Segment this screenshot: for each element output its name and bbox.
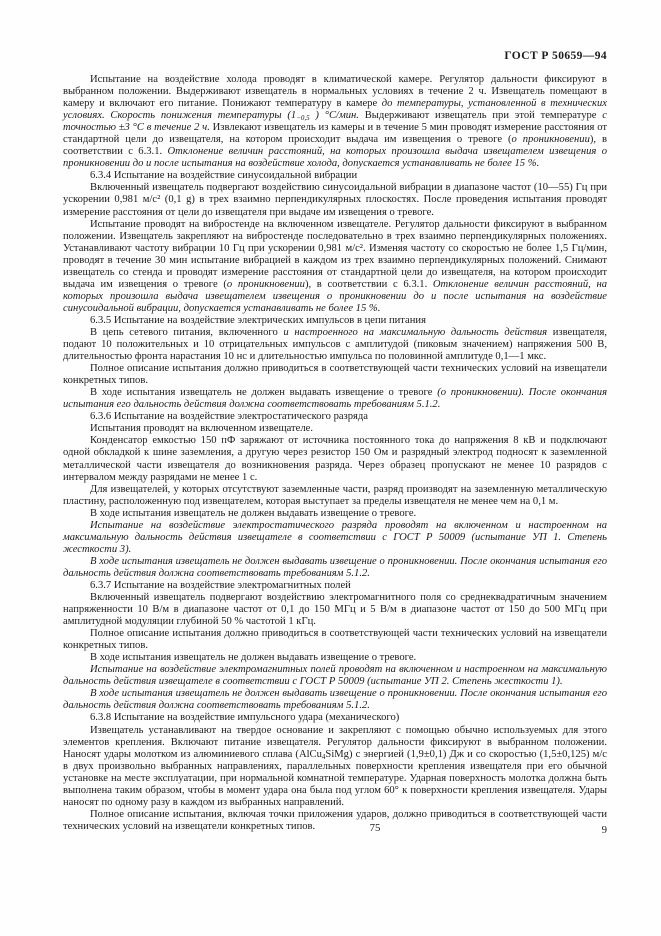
page-number-right: 9	[602, 824, 607, 836]
standard-number-header: ГОСТ Р 50659—94	[63, 50, 607, 62]
text-run: Испытание на воздействие электростатичес…	[63, 520, 607, 555]
section-heading: 6.3.8 Испытание на воздействие импульсно…	[63, 712, 607, 724]
text-run: В цепь сетевого питания, включенного	[90, 327, 283, 338]
paragraph: Испытание на воздействие холода проводят…	[63, 74, 607, 170]
paragraph: В ходе испытания извещатель не должен вы…	[63, 688, 607, 712]
text-run: Полное описание испытания, включая точки…	[63, 809, 607, 832]
text-run: Испытания проводят на включенном извещат…	[90, 423, 313, 434]
section-heading: 6.3.4 Испытание на воздействие синусоида…	[63, 170, 607, 182]
paragraph: Испытания проводят на включенном извещат…	[63, 423, 607, 435]
text-run: Испытание на воздействие электромагнитны…	[63, 664, 607, 687]
paragraph: Извещатель устанавливают на твердое осно…	[63, 725, 607, 809]
text-run: −0,5	[296, 114, 309, 122]
text-run: 6.3.4 Испытание на воздействие синусоида…	[90, 170, 357, 181]
text-run: В ходе испытания извещатель не должен вы…	[90, 652, 416, 663]
paragraph: Испытание проводят на вибростенде на вкл…	[63, 219, 607, 315]
paragraph: Испытание на воздействие электростатичес…	[63, 520, 607, 556]
paragraph: Для извещателей, у которых отсутствуют з…	[63, 484, 607, 508]
text-run: 6.3.6 Испытание на воздействие электрост…	[90, 411, 368, 422]
section-heading: 6.3.5 Испытание на воздействие электриче…	[63, 315, 607, 327]
text-run: В ходе испытания извещатель не должен вы…	[63, 556, 607, 579]
text-run: 6.3.7 Испытание на воздействие электрома…	[90, 580, 351, 591]
document-page: ГОСТ Р 50659—94 Испытание на воздействие…	[0, 0, 661, 936]
paragraph: В ходе испытания извещатель не должен вы…	[63, 387, 607, 411]
document-body: Испытание на воздействие холода проводят…	[63, 74, 607, 833]
text-run: о проникновении	[227, 279, 305, 290]
paragraph: Конденсатор емкостью 150 пФ заряжают от …	[63, 435, 607, 483]
text-run: ), в соответствии с 6.3.1.	[305, 279, 433, 290]
text-run: В ходе испытания извещатель не должен вы…	[90, 387, 437, 398]
text-run: Включенный извещатель подвергают воздейс…	[63, 592, 607, 627]
text-run: В ходе испытания извещатель не должен вы…	[90, 508, 416, 519]
text-run: о проникновении	[512, 134, 590, 145]
text-run: Конденсатор емкостью 150 пФ заряжают от …	[63, 435, 607, 482]
paragraph: В ходе испытания извещатель не должен вы…	[63, 508, 607, 520]
paragraph: Включенный извещатель подвергают воздейс…	[63, 592, 607, 628]
text-run: Для извещателей, у которых отсутствуют з…	[63, 484, 607, 507]
paragraph: В ходе испытания извещатель не должен вы…	[63, 652, 607, 664]
text-run: Полное описание испытания должно приводи…	[63, 628, 607, 651]
text-run: ) °С/мин.	[310, 110, 359, 121]
section-heading: 6.3.7 Испытание на воздействие электрома…	[63, 580, 607, 592]
paragraph: В цепь сетевого питания, включенного и н…	[63, 327, 607, 363]
page-number-center: 75	[355, 822, 395, 834]
text-run: 6.3.8 Испытание на воздействие импульсно…	[90, 712, 399, 723]
text-run: Включенный извещатель подвергают воздейс…	[63, 182, 607, 217]
paragraph: Полное описание испытания, включая точки…	[63, 809, 607, 833]
paragraph: Включенный извещатель подвергают воздейс…	[63, 182, 607, 218]
text-run: и настроенного на максимальную дальность…	[283, 327, 547, 338]
text-run: 6.3.5 Испытание на воздействие электриче…	[90, 315, 426, 326]
section-heading: 6.3.6 Испытание на воздействие электрост…	[63, 411, 607, 423]
paragraph: В ходе испытания извещатель не должен вы…	[63, 556, 607, 580]
paragraph: Испытание на воздействие электромагнитны…	[63, 664, 607, 688]
paragraph: Полное описание испытания должно приводи…	[63, 363, 607, 387]
paragraph: Полное описание испытания должно приводи…	[63, 628, 607, 652]
text-run: В ходе испытания извещатель не должен вы…	[63, 688, 607, 711]
text-run: Выдерживают извещатель при этой температ…	[359, 110, 602, 121]
text-run: Полное описание испытания должно приводи…	[63, 363, 607, 386]
